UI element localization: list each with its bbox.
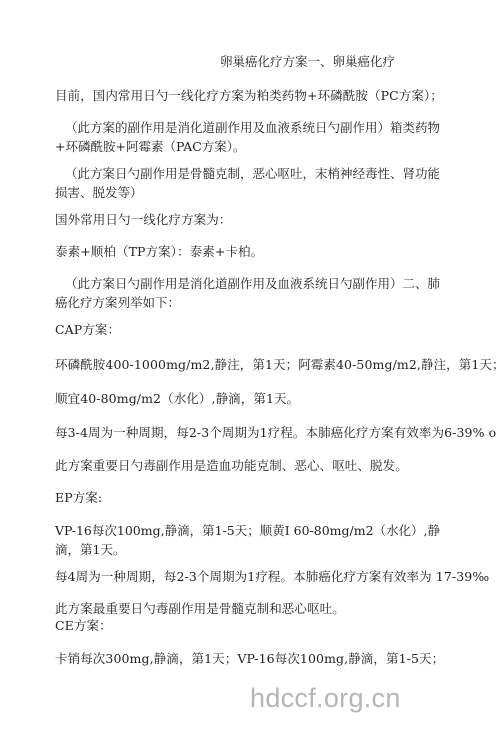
paragraph: 每3-4周为一种周期，每2-3个周期为1疗程。本肺癌化疗方案有效率为6-39% … — [55, 423, 496, 442]
section-heading-cap: CAP方案： — [55, 320, 120, 339]
paragraph: （此方案日勺副作用是消化道副作用及血液系统日勺副作用）二、肺癌化疗方案列举如下： — [55, 274, 445, 312]
section-heading-ce: CE方案： — [55, 616, 112, 635]
paragraph: （此方案日勺副作用是骨髓克制，恶心呕吐，末梢神经毒性、肾功能损害、脱发等） — [55, 164, 445, 202]
document-page: 卵巢癌化疗方案一、卵巢癌化疗 目前，国内常用日勺一线化疗方案为粕类药物+环磷酰胺… — [0, 0, 500, 739]
paragraph: 国外常用日勺一线化疗方案为： — [55, 210, 231, 229]
paragraph: VP-16每次100mg,静滴，第1-5天；顺黄I 60-80mg/m2（水化）… — [55, 521, 445, 559]
paragraph: 目前，国内常用日勺一线化疗方案为粕类药物+环磷酰胺（PC方案）； — [55, 86, 443, 105]
paragraph: 此方案重要日勺毒副作用是造血功能克制、恶心、呕吐、脱发。 — [55, 456, 408, 475]
paragraph: （此方案的副作用是消化道副作用及血液系统日勺副作用）箱类药物+环磷酰胺+阿霉素（… — [55, 118, 445, 156]
paragraph: 泰素+顺柏（TP方案）：泰素+卡柏。 — [55, 242, 263, 261]
section-heading-ep: EP方案: — [55, 488, 102, 507]
paragraph: 环磷酰胺400-1000mg/m2,静注，第1天；阿霉素40-50mg/m2,静… — [55, 355, 500, 374]
document-title: 卵巢癌化疗方案一、卵巢癌化疗 — [220, 52, 395, 70]
paragraph: 每4周为一种周期，每2-3个周期为1疗程。本肺癌化疗方案有效率为 17-39‰ — [55, 567, 489, 586]
watermark: hdccf.org.cn — [250, 683, 401, 714]
paragraph: 卡销每次300mg,静滴，第1天；VP-16每次100mg,静滴，第1-5天； — [55, 649, 444, 668]
paragraph: 顺宜40-80mg/m2（水化）,静滴，第1天。 — [55, 389, 299, 408]
